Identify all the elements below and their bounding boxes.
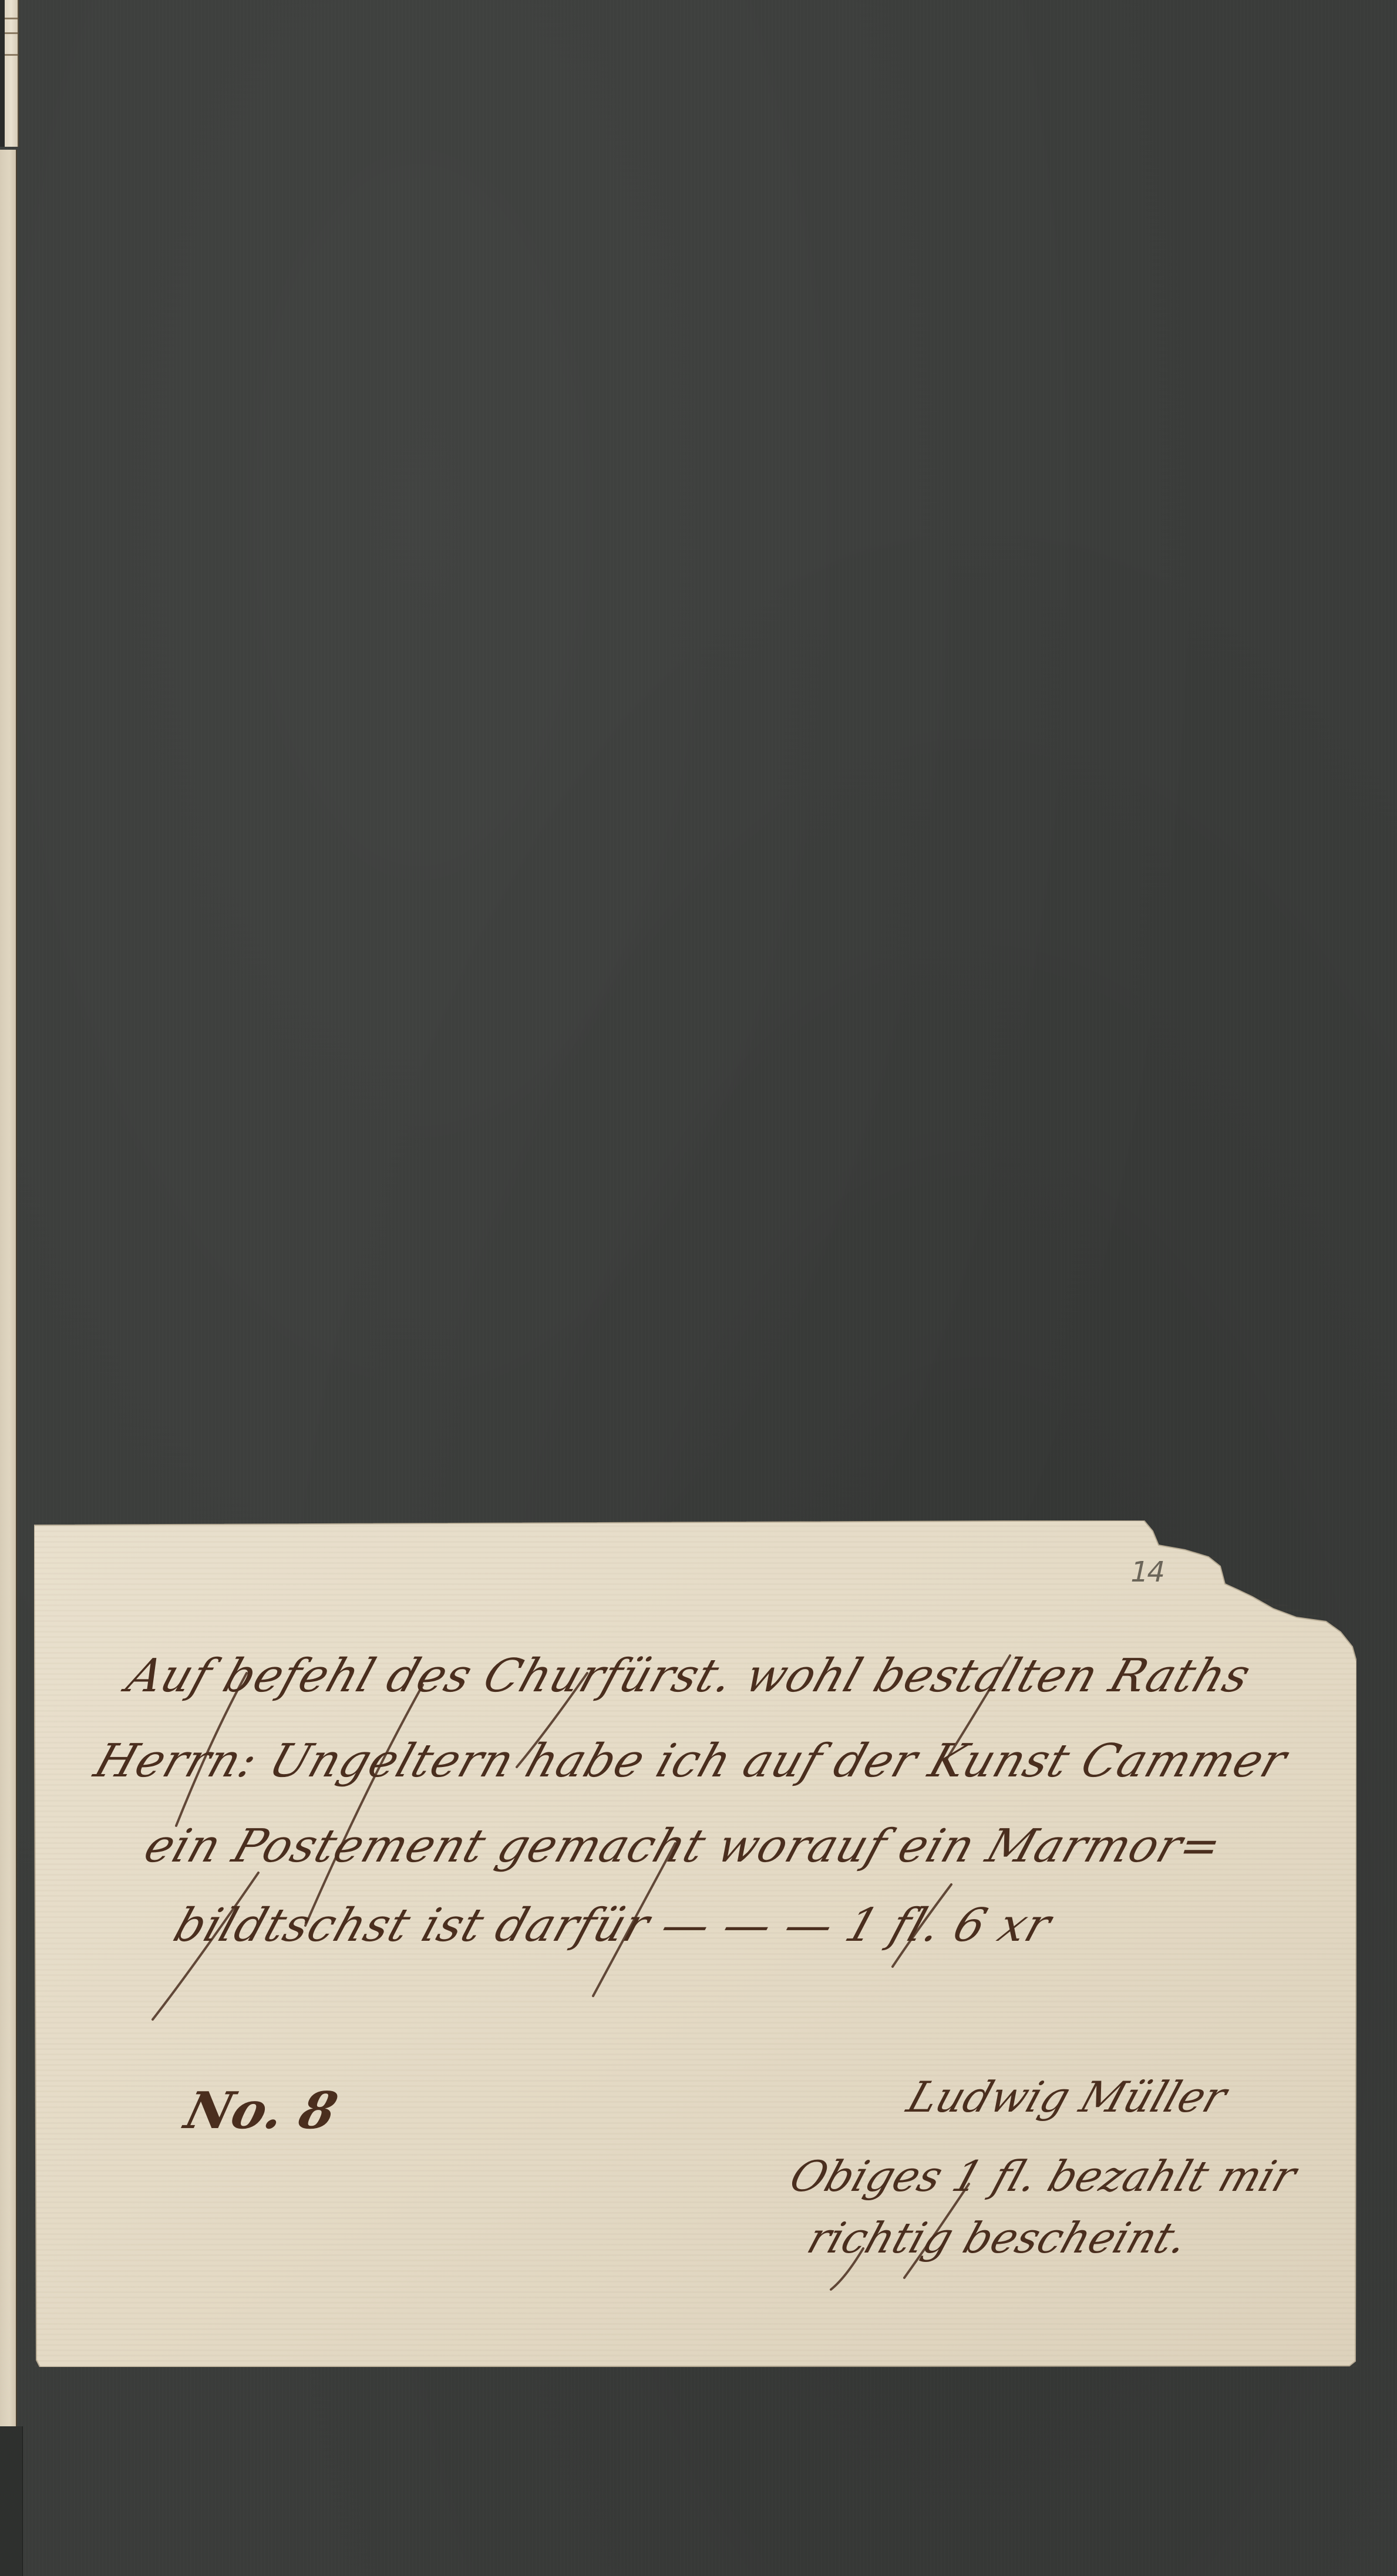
receipt-line-3: ein Postement gemacht worauf ein Marmor= — [138, 1820, 1228, 1873]
page-edge-rule — [5, 18, 18, 19]
page-edge-rule — [5, 32, 18, 34]
folio-number: 14 — [1127, 1556, 1167, 1589]
receipt-line-4: bildtschst ist darfür — — — 1 fl. 6 xr — [167, 1899, 1058, 1952]
receipt-line-2: Herrn: Ungeltern habe ich auf der Kunst … — [88, 1735, 1294, 1788]
receipt-line-1: Auf befehl des Churfürst. wohl bestalten… — [120, 1650, 1257, 1702]
signature-note-line-1: Obiges 1 fl. bezahlt mir — [784, 2152, 1302, 2201]
signature-name: Ludwig Müller — [901, 2072, 1233, 2122]
underlying-page-edge-top — [5, 0, 19, 147]
page-edge-bottom-shadow — [0, 2426, 23, 2576]
page-edge-shadow — [0, 0, 5, 147]
receipt-number-mark: No. 8 — [179, 2081, 343, 2140]
underlying-page-edge — [0, 150, 17, 2426]
page-edge-rule — [5, 54, 18, 56]
signature-note-line-2: richtig bescheint. — [802, 2213, 1194, 2263]
